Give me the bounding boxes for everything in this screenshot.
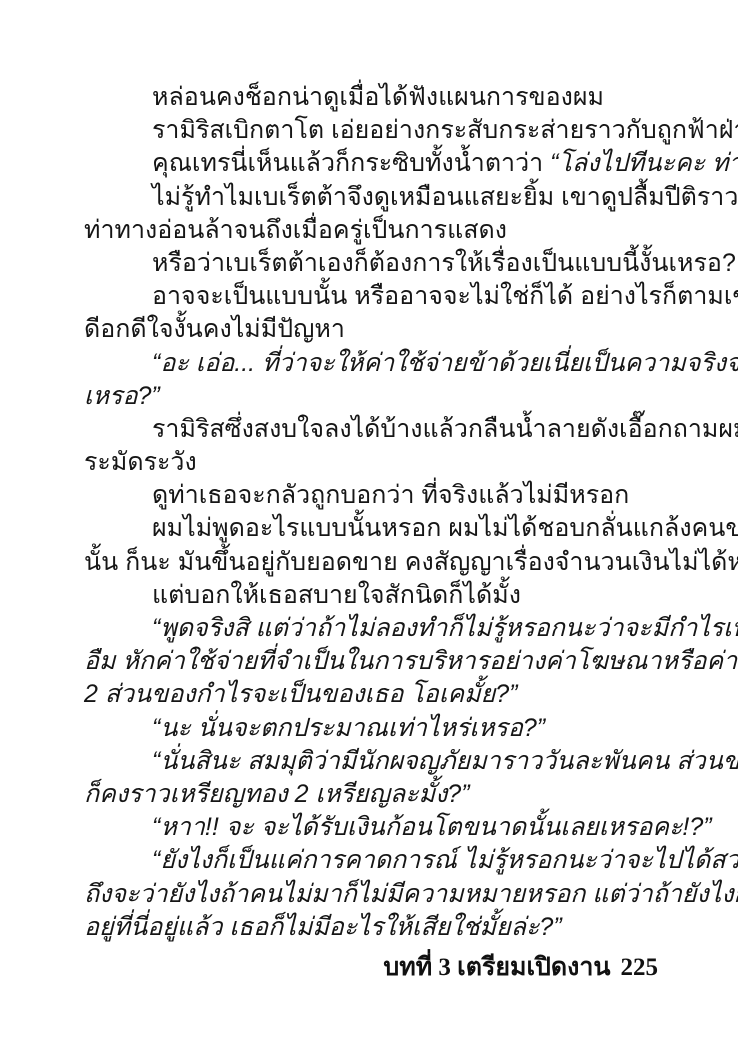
text-line: ก็คงราวเหรียญทอง 2 เหรียญละมั้ง?” — [84, 778, 660, 811]
text-line: รามิริสซึ่งสงบใจลงได้บ้างแล้วกลืนน้ำลายด… — [84, 413, 660, 446]
book-page: หล่อนคงช็อกน่าดูเมื่อได้ฟังแผนการของผมรา… — [0, 0, 738, 1051]
text-line: ท่าทางอ่อนล้าจนถึงเมื่อครู่เป็นการแสดง — [84, 214, 660, 247]
text-line: ไม่รู้ทำไมเบเร็ตต้าจึงดูเหมือนแสยะยิ้ม เ… — [84, 181, 660, 214]
narration-text: รามิริสซึ่งสงบใจลงได้บ้างแล้วกลืนน้ำลายด… — [152, 415, 738, 443]
dialogue-text: อืม หักค่าใช้จ่ายที่จำเป็นในการบริหารอย่… — [84, 647, 738, 675]
text-line: “อะ เอ่อ... ที่ว่าจะให้ค่าใช้จ่ายข้าด้วย… — [84, 347, 660, 380]
text-line: คุณเทรนี่เห็นแล้วก็กระซิบทั้งน้ำตาว่า “โ… — [84, 147, 660, 180]
chapter-label: บทที่ 3 เตรียมเปิดงาน — [383, 954, 610, 981]
narration-text: ระมัดระวัง — [84, 448, 197, 476]
narration-text: ดีอกดีใจงั้นคงไม่มีปัญหา — [84, 315, 345, 343]
text-line: นั้น ก็นะ มันขึ้นอยู่กับยอดขาย คงสัญญาเร… — [84, 546, 660, 579]
narration-text: ผมไม่พูดอะไรแบบนั้นหรอก ผมไม่ได้ชอบกลั่น… — [152, 514, 738, 542]
page-text: หล่อนคงช็อกน่าดูเมื่อได้ฟังแผนการของผมรา… — [84, 81, 660, 944]
text-line: ดูท่าเธอจะกลัวถูกบอกว่า ที่จริงแล้วไม่มี… — [84, 479, 660, 512]
text-line: ถึงจะว่ายังไงถ้าคนไม่มาก็ไม่มีความหมายหร… — [84, 878, 660, 911]
text-line: อาจจะเป็นแบบนั้น หรืออาจจะไม่ใช่ก็ได้ อย… — [84, 280, 660, 313]
narration-text: รามิริสเบิกตาโต เอ่ยอย่างกระสับกระส่ายรา… — [152, 116, 738, 144]
narration-text: แต่บอกให้เธอสบายใจสักนิดก็ได้มั้ง — [152, 581, 521, 609]
text-line: 2 ส่วนของกำไรจะเป็นของเธอ โอเคมั้ย?” — [84, 678, 660, 711]
narration-text: ไม่รู้ทำไมเบเร็ตต้าจึงดูเหมือนแสยะยิ้ม เ… — [152, 183, 738, 211]
text-line: ระมัดระวัง — [84, 446, 660, 479]
dialogue-text: “โล่งไปทีนะคะ ท่านรามิริส” — [550, 149, 738, 177]
text-line: “พูดจริงสิ แต่ว่าถ้าไม่ลองทำก็ไม่รู้หรอก… — [84, 612, 660, 645]
dialogue-text: “นะ นั่นจะตกประมาณเท่าไหร่เหรอ?” — [152, 714, 545, 742]
text-line: หรือว่าเบเร็ตต้าเองก็ต้องการให้เรื่องเป็… — [84, 247, 660, 280]
narration-text: ท่าทางอ่อนล้าจนถึงเมื่อครู่เป็นการแสดง — [84, 216, 507, 244]
page-number: 225 — [621, 954, 659, 981]
text-line: “นะ นั่นจะตกประมาณเท่าไหร่เหรอ?” — [84, 712, 660, 745]
text-line: แต่บอกให้เธอสบายใจสักนิดก็ได้มั้ง — [84, 579, 660, 612]
dialogue-text: 2 ส่วนของกำไรจะเป็นของเธอ โอเคมั้ย?” — [84, 680, 517, 708]
dialogue-text: “อะ เอ่อ... ที่ว่าจะให้ค่าใช้จ่ายข้าด้วย… — [152, 349, 738, 377]
text-line: ดีอกดีใจงั้นคงไม่มีปัญหา — [84, 313, 660, 346]
text-line: หล่อนคงช็อกน่าดูเมื่อได้ฟังแผนการของผม — [84, 81, 660, 114]
narration-text: นั้น ก็นะ มันขึ้นอยู่กับยอดขาย คงสัญญาเร… — [84, 548, 738, 576]
dialogue-text: “ยังไงก็เป็นแค่การคาดการณ์ ไม่รู้หรอกนะว… — [152, 846, 738, 874]
dialogue-text: “นั่นสินะ สมมุติว่ามีนักผจญภัยมาราววันละ… — [152, 747, 738, 775]
dialogue-text: ก็คงราวเหรียญทอง 2 เหรียญละมั้ง?” — [84, 780, 470, 808]
dialogue-text: “พูดจริงสิ แต่ว่าถ้าไม่ลองทำก็ไม่รู้หรอก… — [152, 614, 738, 642]
narration-text: คุณเทรนี่เห็นแล้วก็กระซิบทั้งน้ำตาว่า — [152, 149, 550, 177]
text-line: “ยังไงก็เป็นแค่การคาดการณ์ ไม่รู้หรอกนะว… — [84, 844, 660, 877]
text-line: “นั่นสินะ สมมุติว่ามีนักผจญภัยมาราววันละ… — [84, 745, 660, 778]
text-line: รามิริสเบิกตาโต เอ่ยอย่างกระสับกระส่ายรา… — [84, 114, 660, 147]
narration-text: หล่อนคงช็อกน่าดูเมื่อได้ฟังแผนการของผม — [152, 83, 604, 111]
narration-text: ดูท่าเธอจะกลัวถูกบอกว่า ที่จริงแล้วไม่มี… — [152, 481, 629, 509]
narration-text: หรือว่าเบเร็ตต้าเองก็ต้องการให้เรื่องเป็… — [152, 249, 736, 277]
text-line: ผมไม่พูดอะไรแบบนั้นหรอก ผมไม่ได้ชอบกลั่น… — [84, 512, 660, 545]
text-line: เหรอ?” — [84, 380, 660, 413]
dialogue-text: อยู่ที่นี่อยู่แล้ว เธอก็ไม่มีอะไรให้เสีย… — [84, 913, 562, 941]
text-line: อยู่ที่นี่อยู่แล้ว เธอก็ไม่มีอะไรให้เสีย… — [84, 911, 660, 944]
dialogue-text: “หาา!! จะ จะได้รับเงินก้อนโตขนาดนั้นเลยเ… — [152, 813, 712, 841]
text-line: “หาา!! จะ จะได้รับเงินก้อนโตขนาดนั้นเลยเ… — [84, 811, 660, 844]
page-footer: บทที่ 3 เตรียมเปิดงาน225 — [383, 951, 658, 984]
dialogue-text: ถึงจะว่ายังไงถ้าคนไม่มาก็ไม่มีความหมายหร… — [84, 880, 738, 908]
narration-text: อาจจะเป็นแบบนั้น หรืออาจจะไม่ใช่ก็ได้ อย… — [152, 282, 738, 310]
text-line: อืม หักค่าใช้จ่ายที่จำเป็นในการบริหารอย่… — [84, 645, 660, 678]
dialogue-text: เหรอ?” — [84, 382, 160, 410]
